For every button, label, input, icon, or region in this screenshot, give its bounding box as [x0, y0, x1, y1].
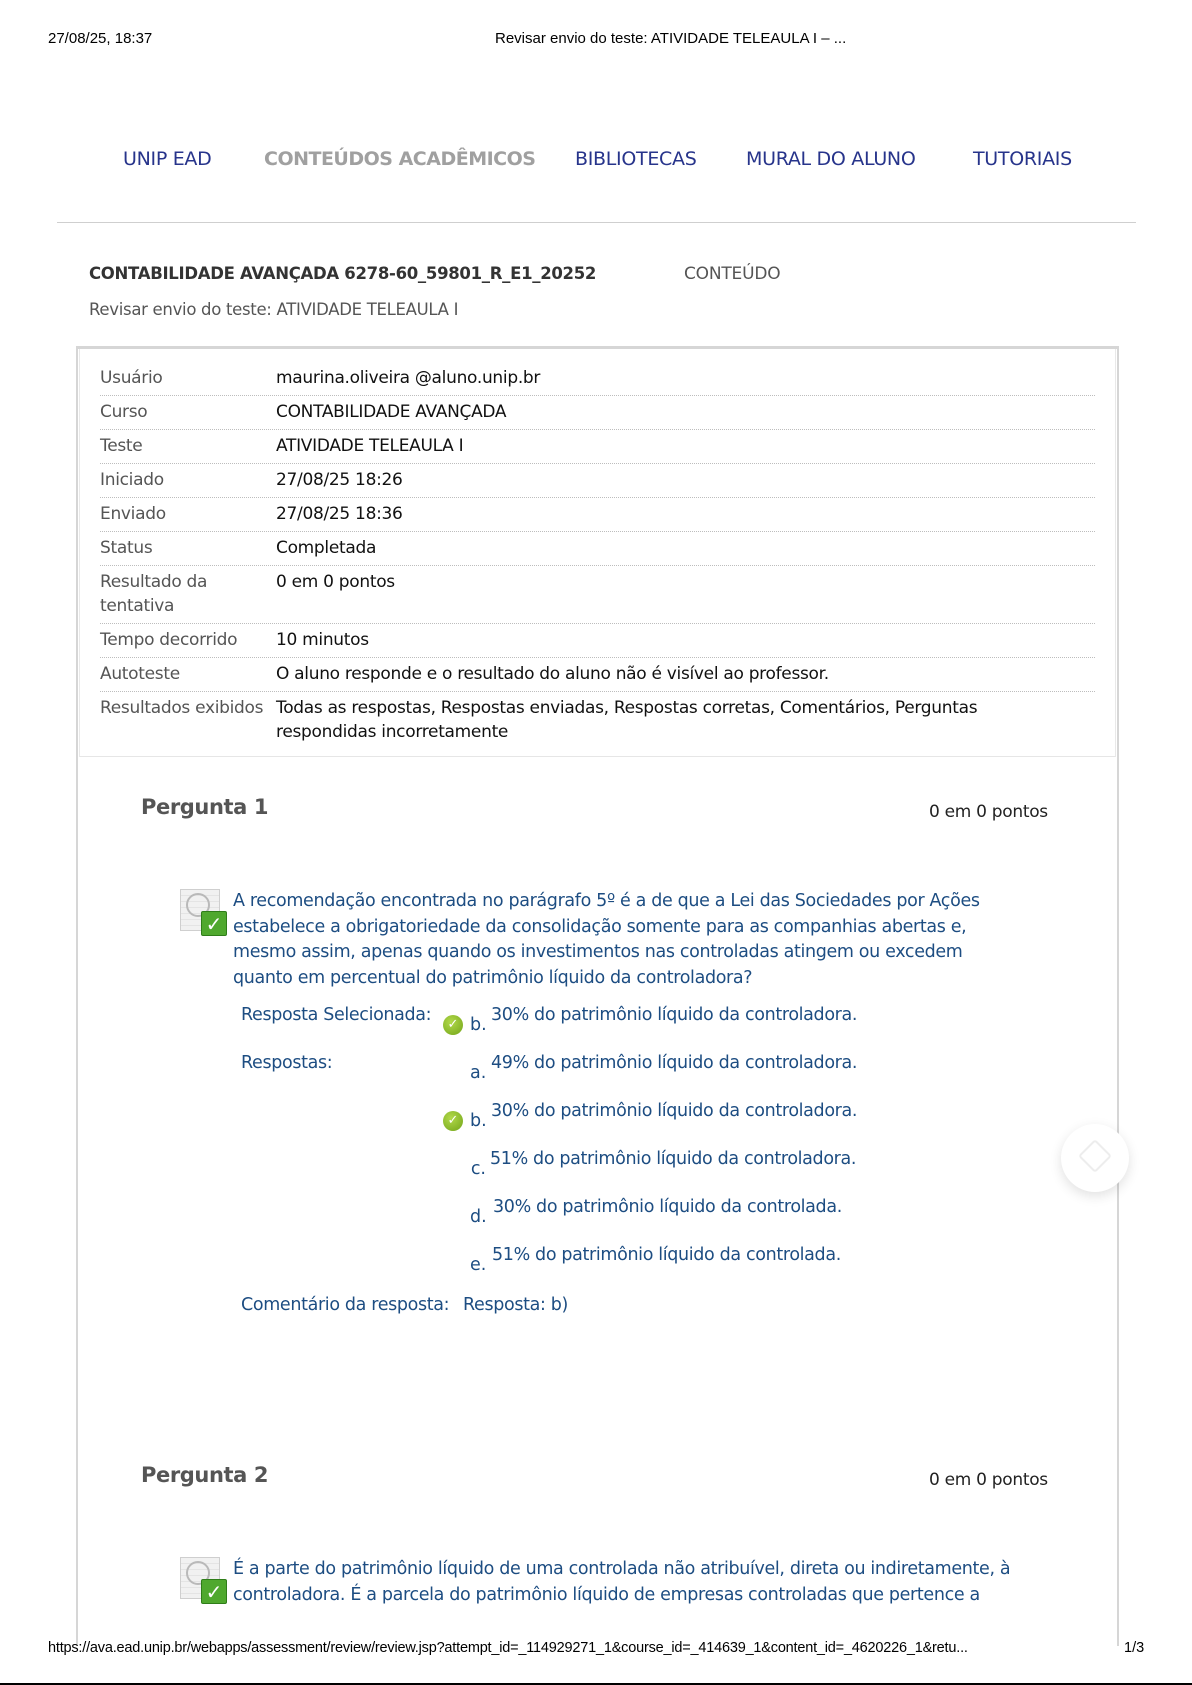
info-label: Resultados exibidos	[100, 696, 276, 744]
info-row-resultados-exibidos: Resultados exibidos Todas as respostas, …	[100, 692, 1095, 749]
info-value: 10 minutos	[276, 628, 1095, 652]
info-label: Teste	[100, 434, 276, 458]
info-label: Tempo decorrido	[100, 628, 276, 652]
answer-letter: b.	[470, 1015, 486, 1035]
info-value: 0 em 0 pontos	[276, 570, 1095, 618]
info-value: 27/08/25 18:36	[276, 502, 1095, 526]
question-correct-icon: ✓	[178, 887, 228, 937]
info-value: Completada	[276, 536, 1095, 560]
print-datetime: 27/08/25, 18:37	[48, 30, 152, 47]
info-row-enviado: Enviado 27/08/25 18:36	[100, 498, 1095, 532]
nav-bibliotecas[interactable]: BIBLIOTECAS	[575, 148, 696, 170]
answer-text: 30% do patrimônio líquido da controlador…	[491, 1101, 857, 1121]
info-value: ATIVIDADE TELEAULA I	[276, 434, 1095, 458]
info-row-iniciado: Iniciado 27/08/25 18:26	[100, 464, 1095, 498]
attempt-info-table: Usuário maurina.oliveira @aluno.unip.br …	[100, 362, 1095, 749]
nav-unip-ead[interactable]: UNIP EAD	[123, 148, 211, 170]
selected-answer-label: Resposta Selecionada:	[241, 1005, 431, 1025]
info-label: Resultado da tentativa	[100, 570, 270, 618]
print-page-number: 1/3	[1124, 1640, 1144, 1656]
info-value: maurina.oliveira @aluno.unip.br	[276, 366, 1095, 390]
answer-letter: a.	[470, 1063, 486, 1083]
answer-letter: d.	[470, 1207, 486, 1227]
info-label: Status	[100, 536, 276, 560]
nav-conteudos-academicos[interactable]: CONTEÚDOS ACADÊMICOS	[264, 148, 535, 170]
answer-text: 51% do patrimônio líquido da controlador…	[490, 1149, 856, 1169]
answer-text: 51% do patrimônio líquido da controlada.	[492, 1245, 841, 1265]
info-row-resultado: Resultado da tentativa 0 em 0 pontos	[100, 566, 1095, 624]
info-label: Enviado	[100, 502, 276, 526]
answer-letter: b.	[470, 1111, 486, 1131]
info-label: Iniciado	[100, 468, 276, 492]
question-2-text: É a parte do patrimônio líquido de uma c…	[233, 1557, 1033, 1608]
nav-tutoriais[interactable]: TUTORIAIS	[973, 148, 1072, 170]
print-header: 27/08/25, 18:37 Revisar envio do teste: …	[0, 30, 1192, 50]
info-row-autoteste: Autoteste O aluno responde e o resultado…	[100, 658, 1095, 692]
info-value: Todas as respostas, Respostas enviadas, …	[276, 696, 1095, 744]
check-circle-icon: ✓	[443, 1111, 463, 1131]
question-1-text: A recomendação encontrada no parágrafo 5…	[233, 889, 1023, 991]
help-diamond-icon	[1078, 1139, 1112, 1173]
nav-mural-do-aluno[interactable]: MURAL DO ALUNO	[746, 148, 916, 170]
info-row-teste: Teste ATIVIDADE TELEAULA I	[100, 430, 1095, 464]
nav-divider	[57, 222, 1136, 223]
floating-help-button[interactable]	[1061, 1124, 1129, 1192]
info-value: CONTABILIDADE AVANÇADA	[276, 400, 1095, 424]
info-label: Curso	[100, 400, 276, 424]
info-row-status: Status Completada	[100, 532, 1095, 566]
page-title: Revisar envio do teste: ATIVIDADE TELEAU…	[89, 300, 458, 319]
print-url: https://ava.ead.unip.br/webapps/assessme…	[48, 1640, 968, 1656]
info-row-tempo: Tempo decorrido 10 minutos	[100, 624, 1095, 658]
info-value: 27/08/25 18:26	[276, 468, 1095, 492]
breadcrumb-content-link[interactable]: CONTEÚDO	[684, 264, 780, 284]
answer-text: 30% do patrimônio líquido da controlada.	[493, 1197, 842, 1217]
answer-comment-label: Comentário da resposta:	[241, 1295, 449, 1315]
top-navigation: UNIP EAD CONTEÚDOS ACADÊMICOS BIBLIOTECA…	[0, 148, 1192, 178]
question-2-title: Pergunta 2	[141, 1463, 268, 1487]
answer-letter: e.	[470, 1255, 486, 1275]
answer-text: 49% do patrimônio líquido da controlador…	[491, 1053, 857, 1073]
question-2-points: 0 em 0 pontos	[929, 1470, 1048, 1490]
answer-letter: c.	[470, 1159, 486, 1179]
info-row-curso: Curso CONTABILIDADE AVANÇADA	[100, 396, 1095, 430]
question-1-points: 0 em 0 pontos	[929, 802, 1048, 822]
answer-comment: Resposta: b)	[463, 1295, 568, 1315]
info-label: Usuário	[100, 366, 276, 390]
course-title[interactable]: CONTABILIDADE AVANÇADA 6278-60_59801_R_E…	[89, 264, 596, 283]
info-value: O aluno responde e o resultado do aluno …	[276, 662, 1095, 686]
answers-label: Respostas:	[241, 1053, 332, 1073]
question-1-title: Pergunta 1	[141, 795, 268, 819]
answer-text: 30% do patrimônio líquido da controlador…	[491, 1005, 857, 1025]
question-correct-icon: ✓	[178, 1555, 228, 1605]
print-page-title: Revisar envio do teste: ATIVIDADE TELEAU…	[495, 30, 846, 47]
info-label: Autoteste	[100, 662, 276, 686]
info-row-usuario: Usuário maurina.oliveira @aluno.unip.br	[100, 362, 1095, 396]
check-circle-icon: ✓	[443, 1015, 463, 1035]
